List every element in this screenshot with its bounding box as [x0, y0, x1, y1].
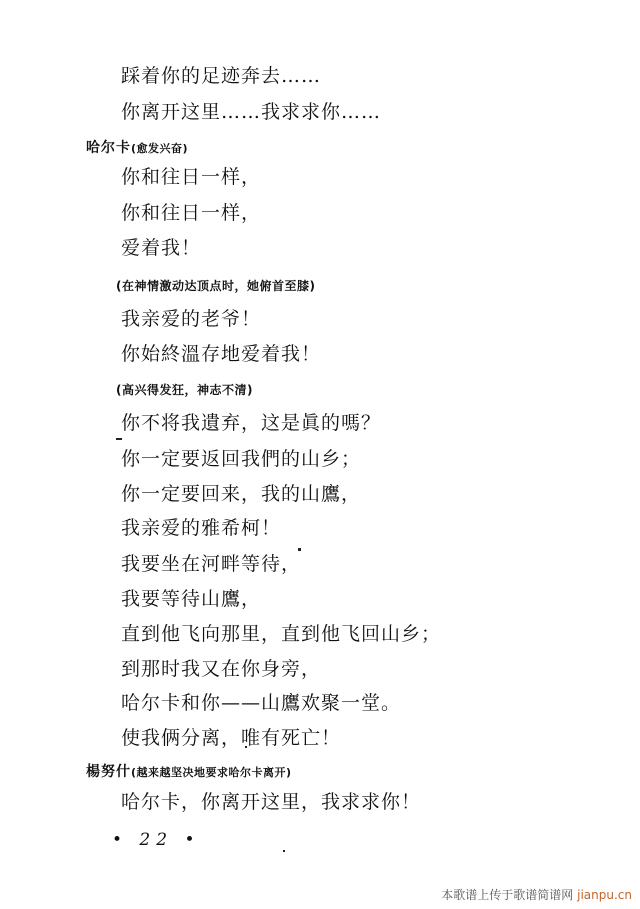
lyric-line: 我亲爱的雅希柯！ — [121, 516, 281, 540]
scan-speck — [116, 438, 122, 440]
speaker-name: 楊努什 — [86, 764, 131, 780]
stage-direction: (在神情激动达顶点时，她俯首至膝) — [116, 274, 315, 298]
lyric-line: 你不将我遺弃，这是眞的嗎？ — [121, 411, 381, 435]
lyric-line: 你和往日一样， — [121, 201, 261, 225]
speaker-name: 哈尔卡 — [86, 140, 131, 156]
stage-direction: (越来越坚决地要求哈尔卡离开) — [131, 766, 292, 779]
lyric-line: 你离开这里……我求求你…… — [121, 100, 381, 124]
watermark-text: 本歌谱上传于歌谱简谱网 — [441, 888, 573, 902]
lyric-line: 你和往日一样， — [121, 165, 261, 189]
stage-direction: (愈发兴奋) — [131, 142, 188, 155]
lyric-line: 哈尔卡和你——山鷹欢聚一堂。 — [121, 691, 401, 715]
lyric-line: 你一定要回来，我的山鷹， — [121, 482, 361, 506]
scan-speck — [298, 548, 301, 551]
lyric-line: 我要等待山鷹， — [121, 587, 261, 611]
watermark-site: jianpu.cn — [577, 888, 632, 902]
watermark: 本歌谱上传于歌谱简谱网 jianpu.cn — [441, 886, 632, 903]
speaker-cue: 哈尔卡(愈发兴奋) — [86, 136, 188, 161]
lyric-line: 哈尔卡，你离开这里，我求求你！ — [121, 790, 421, 814]
lyric-line: 直到他飞向那里，直到他飞回山乡； — [121, 622, 441, 646]
lyric-line: 到那时我又在你身旁， — [121, 657, 321, 681]
lyric-line: 使我俩分离，唯有死亡！ — [121, 726, 341, 750]
lyric-line: 你始終溫存地爱着我！ — [121, 342, 321, 366]
scan-speck — [245, 746, 247, 748]
scan-speck — [283, 850, 285, 852]
lyric-line: 我要坐在河畔等待， — [121, 552, 301, 576]
speaker-cue: 楊努什(越来越坚决地要求哈尔卡离开) — [86, 760, 292, 785]
lyric-line: 爱着我！ — [121, 236, 201, 260]
stage-direction: (高兴得发狂，神志不清) — [116, 378, 253, 402]
lyric-line: 我亲爱的老爷！ — [121, 307, 261, 331]
lyric-line: 你一定要返回我們的山乡； — [121, 447, 361, 471]
page-number: • 22 • — [112, 830, 201, 850]
lyric-line: 踩着你的足迹奔去…… — [121, 64, 321, 88]
